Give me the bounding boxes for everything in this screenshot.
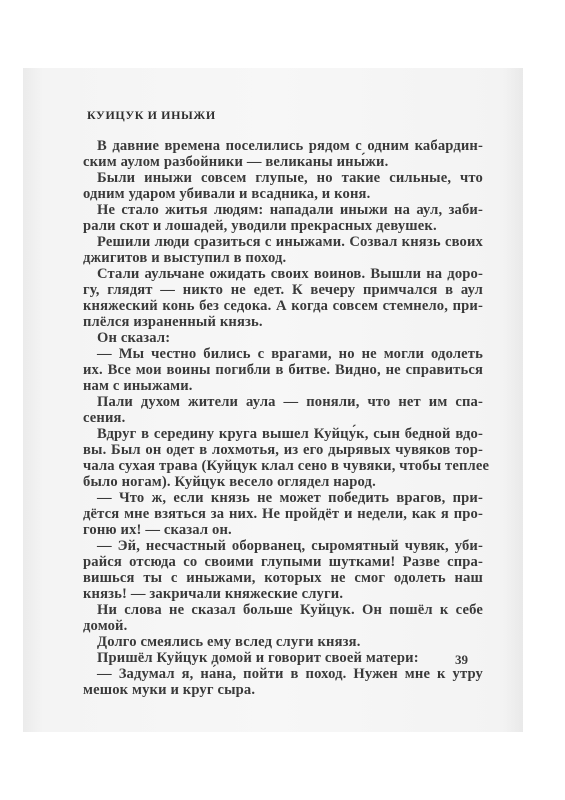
- text-line: В давние времена поселились рядом с одни…: [83, 138, 483, 154]
- text-line: Были иныжи совсем глупые, но такие сильн…: [83, 170, 483, 186]
- text-line: Пришёл Куйцук домой и говорит своей мате…: [83, 650, 483, 666]
- text-line: Решили люди сразиться с иныжами. Созвал …: [83, 234, 483, 250]
- text-line: гу, глядят — никто не едет. К вечеру при…: [83, 282, 483, 298]
- text-line: — Задумал я, на́на, пойти в поход. Нужен…: [83, 666, 483, 682]
- text-line: княжеский конь без седока. А когда совсе…: [83, 298, 483, 314]
- text-line: — Мы честно бились с врагами, но не могл…: [83, 346, 483, 362]
- text-line: чала сухая трава (Куйцук клал сено в чув…: [83, 458, 483, 474]
- text-line: Долго смеялись ему вслед слуги князя.: [83, 634, 483, 650]
- text-line: Не стало житья людям: нападали иныжи на …: [83, 202, 483, 218]
- text-line: сения.: [83, 410, 483, 426]
- text-line: нам с иныжами.: [83, 378, 483, 394]
- text-line: вы. Был он одет в лохмотья, из его дыряв…: [83, 442, 483, 458]
- story-title: КУИЦУК И ИНЫЖИ: [87, 108, 216, 123]
- text-line: их. Все мои воины погибли в битве. Видно…: [83, 362, 483, 378]
- text-line: рали скот и лошадей, уводили прекрасных …: [83, 218, 483, 234]
- text-line: райся отсюда со своими глупыми шутками! …: [83, 554, 483, 570]
- story-body: В давние времена поселились рядом с одни…: [83, 138, 483, 698]
- text-line: дётся мне взяться за них. Не пройдёт и н…: [83, 506, 483, 522]
- text-line: вишься ты с иныжами, которых не смог одо…: [83, 570, 483, 586]
- text-line: — Что ж, если князь не может победить вр…: [83, 490, 483, 506]
- page-number: 39: [455, 652, 468, 668]
- text-line: мешок муки и круг сыра.: [83, 682, 483, 698]
- text-line: гоню их! — сказал он.: [83, 522, 483, 538]
- text-line: Пали духом жители аула — поняли, что нет…: [83, 394, 483, 410]
- text-line: одним ударом убивали и всадника, и коня.: [83, 186, 483, 202]
- text-line: Стали аульчане ожидать своих воинов. Выш…: [83, 266, 483, 282]
- text-line: домой.: [83, 618, 483, 634]
- text-line: — Эй, несчастный оборванец, сыромятный ч…: [83, 538, 483, 554]
- text-line: ским аулом разбойники — великаны ины́жи.: [83, 154, 483, 170]
- text-line: плёлся израненный князь.: [83, 314, 483, 330]
- text-line: Ни слова не сказал больше Куйцук. Он пош…: [83, 602, 483, 618]
- text-line: Вдруг в середину круга вышел Куйцу́к, сы…: [83, 426, 483, 442]
- text-line: князь! — закричали княжеские слуги.: [83, 586, 483, 602]
- text-line: было ногам). Куйцук весело оглядел народ…: [83, 474, 483, 490]
- text-line: джигитов и выступил в поход.: [83, 250, 483, 266]
- text-line: Он сказал:: [83, 330, 483, 346]
